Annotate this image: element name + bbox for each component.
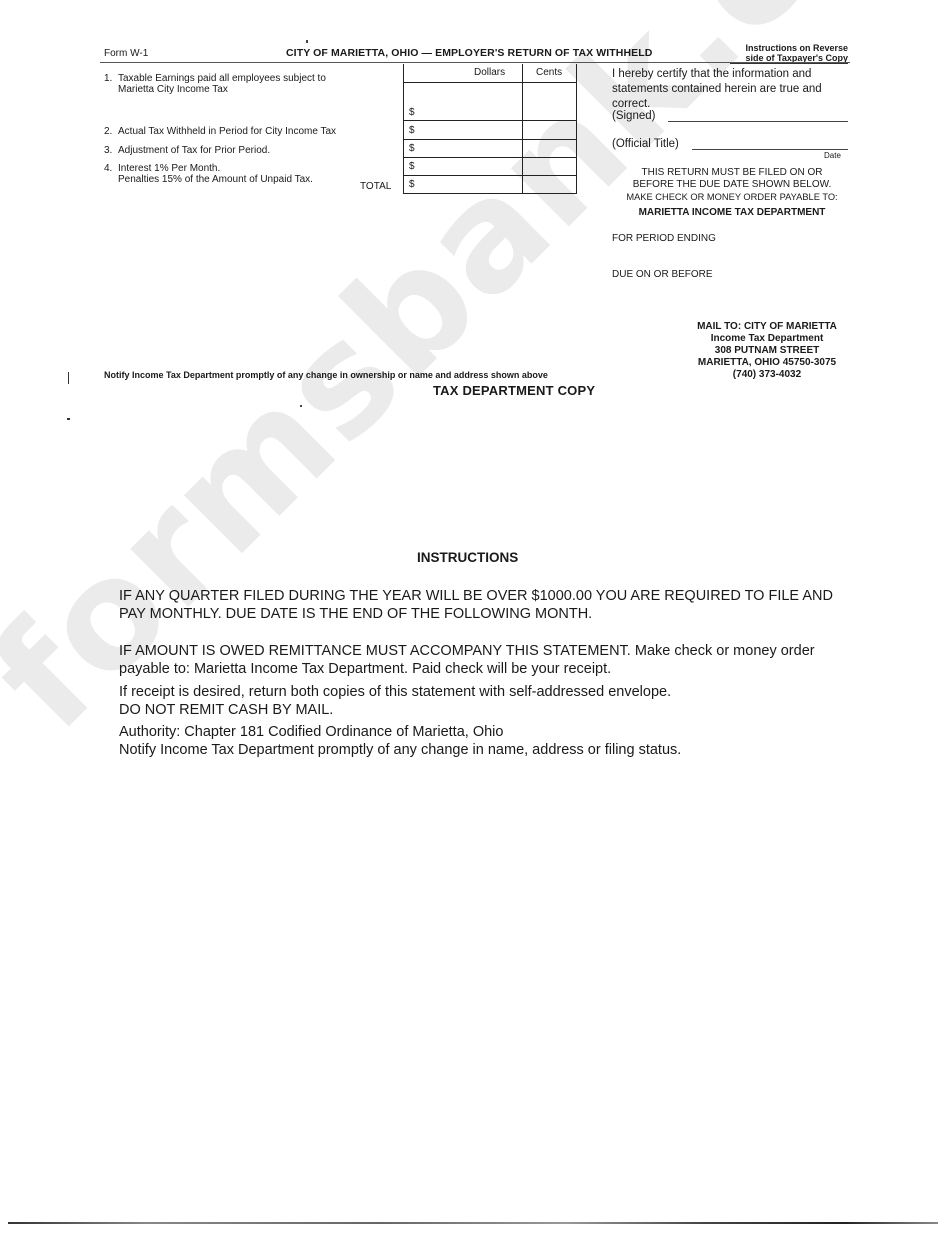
item-number: 2. (104, 126, 118, 137)
item-label: Taxable Earnings paid all employees subj… (118, 73, 326, 84)
interest-penalties-dollars-input[interactable] (418, 159, 518, 173)
row-divider (404, 139, 576, 140)
item-label-continued: Penalties 15% of the Amount of Unpaid Ta… (104, 174, 313, 185)
total-cents-input[interactable] (526, 177, 574, 191)
payee-name: MARIETTA INCOME TAX DEPARTMENT (612, 207, 852, 218)
row-divider (404, 120, 576, 121)
filing-notice-line3: MAKE CHECK OR MONEY ORDER PAYABLE TO: (612, 191, 852, 203)
instruction-paragraph-4-line2: Notify Income Tax Department promptly of… (119, 741, 839, 759)
row-divider (404, 175, 576, 176)
item-label: Actual Tax Withheld in Period for City I… (118, 126, 336, 137)
scan-speck (300, 405, 302, 407)
certification-text: I hereby certify that the information an… (612, 67, 852, 112)
line-item-3: 3.Adjustment of Tax for Prior Period. (104, 145, 270, 156)
row-divider (404, 193, 576, 194)
instructions-heading: INSTRUCTIONS (417, 550, 518, 565)
tax-withheld-cents-input[interactable] (526, 123, 574, 137)
mail-to-line1: MAIL TO: CITY OF MARIETTA (680, 321, 854, 333)
mail-to-line4: MARIETTA, OHIO 45750-3075 (680, 357, 854, 369)
item-number: 3. (104, 145, 118, 156)
signed-label: (Signed) (612, 110, 655, 122)
instruction-paragraph-3-line1: If receipt is desired, return both copie… (119, 683, 839, 701)
item-label: Adjustment of Tax for Prior Period. (118, 145, 270, 156)
instructions-note-line1: Instructions on Reverse (700, 43, 848, 53)
prior-adjustment-dollars-input[interactable] (418, 141, 518, 155)
row-divider (404, 157, 576, 158)
item-number: 4. (104, 163, 118, 174)
taxable-earnings-dollars-input[interactable] (418, 104, 518, 118)
dollar-sign: $ (409, 143, 415, 154)
dollar-sign: $ (409, 179, 415, 190)
item-number: 1. (104, 73, 118, 84)
instruction-paragraph-3: If receipt is desired, return both copie… (119, 683, 839, 719)
form-title: CITY OF MARIETTA, OHIO — EMPLOYER'S RETU… (286, 47, 652, 59)
mail-to-line2: Income Tax Department (680, 333, 854, 345)
dollar-sign: $ (409, 161, 415, 172)
due-date-label: DUE ON OR BEFORE (612, 269, 713, 280)
scan-speck (306, 40, 308, 43)
instruction-paragraph-3-line2: DO NOT REMIT CASH BY MAIL. (119, 701, 839, 719)
taxable-earnings-cents-input[interactable] (526, 104, 574, 118)
instruction-paragraph-4-line1: Authority: Chapter 181 Codified Ordinanc… (119, 723, 839, 741)
mailing-address: MAIL TO: CITY OF MARIETTA Income Tax Dep… (680, 321, 854, 381)
filing-notice-line2: BEFORE THE DUE DATE SHOWN BELOW. (612, 179, 852, 191)
official-title-field[interactable] (692, 149, 848, 150)
total-dollars-input[interactable] (418, 177, 518, 191)
instruction-paragraph-2: IF AMOUNT IS OWED REMITTANCE MUST ACCOMP… (119, 642, 839, 678)
interest-penalties-cents-input[interactable] (526, 159, 574, 173)
item-label: Interest 1% Per Month. (118, 163, 220, 174)
prior-adjustment-cents-input[interactable] (526, 141, 574, 155)
amount-table: Dollars Cents $ $ $ $ $ (403, 64, 577, 194)
mail-to-line3: 308 PUTNAM STREET (680, 345, 854, 357)
ownership-change-notice: Notify Income Tax Department promptly of… (104, 370, 548, 380)
instruction-paragraph-4: Authority: Chapter 181 Codified Ordinanc… (119, 723, 839, 759)
instructions-underline (730, 63, 848, 64)
copy-label: TAX DEPARTMENT COPY (433, 383, 595, 398)
line-item-4: 4.Interest 1% Per Month. Penalties 15% o… (104, 163, 313, 185)
form-page: Form W-1 CITY OF MARIETTA, OHIO — EMPLOY… (0, 0, 950, 1243)
filing-notice-line1: THIS RETURN MUST BE FILED ON OR (612, 167, 852, 179)
dollar-sign: $ (409, 107, 415, 118)
instructions-note: Instructions on Reverse side of Taxpayer… (700, 43, 848, 63)
period-ending-label: FOR PERIOD ENDING (612, 233, 716, 244)
date-label: Date (824, 151, 841, 160)
official-title-label: (Official Title) (612, 138, 679, 150)
row-divider (404, 82, 576, 83)
total-label: TOTAL (360, 181, 391, 192)
item-label-continued: Marietta City Income Tax (104, 84, 326, 95)
scan-mark (67, 418, 70, 420)
mail-to-phone: (740) 373-4032 (680, 369, 854, 381)
bottom-edge-rule (8, 1222, 938, 1224)
column-header-cents: Cents (536, 67, 562, 78)
instruction-paragraph-1: IF ANY QUARTER FILED DURING THE YEAR WIL… (119, 587, 839, 623)
filing-notice: THIS RETURN MUST BE FILED ON OR BEFORE T… (612, 167, 852, 203)
signature-field[interactable] (668, 121, 848, 122)
line-item-1: 1.Taxable Earnings paid all employees su… (104, 73, 326, 95)
tax-withheld-dollars-input[interactable] (418, 123, 518, 137)
form-id: Form W-1 (104, 48, 148, 59)
column-header-dollars: Dollars (474, 67, 505, 78)
line-item-2: 2.Actual Tax Withheld in Period for City… (104, 126, 336, 137)
scan-mark (68, 372, 69, 384)
dollar-sign: $ (409, 125, 415, 136)
